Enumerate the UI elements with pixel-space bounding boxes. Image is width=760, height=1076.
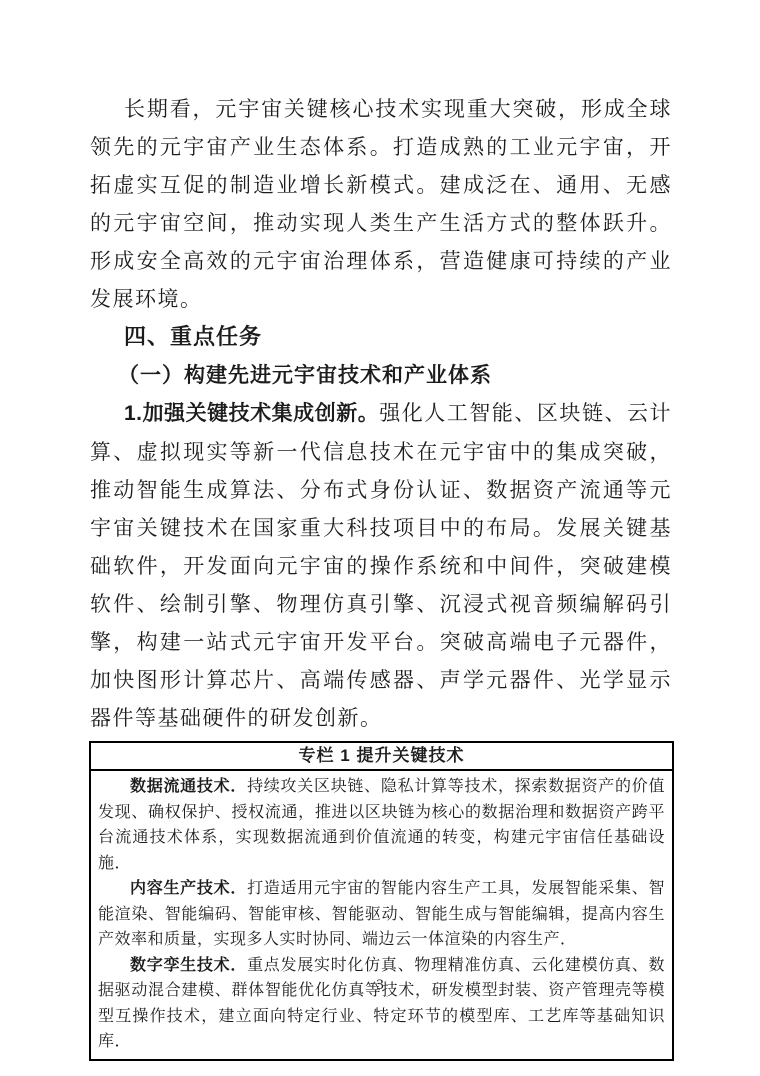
column-box-body: 数据流通技术．持续攻关区块链、隐私计算等技术，探索数据资产的价值发现、确权保护、… bbox=[91, 771, 672, 1059]
box-item-term: 数字孪生技术． bbox=[130, 957, 247, 974]
document-content: 长期看，元宇宙关键核心技术实现重大突破，形成全球领先的元宇宙产业生态体系。打造成… bbox=[90, 0, 672, 1061]
box-item-term: 内容生产技术． bbox=[130, 880, 247, 897]
document-page: 长期看，元宇宙关键核心技术实现重大突破，形成全球领先的元宇宙产业生态体系。打造成… bbox=[0, 0, 760, 1076]
paragraph-lead-bold: 1.加强关键技术集成创新。 bbox=[124, 402, 379, 425]
subsection-heading-tech-industry-system: （一）构建先进元宇宙技术和产业体系 bbox=[90, 356, 672, 394]
paragraph-key-tech-innovation: 1.加强关键技术集成创新。强化人工智能、区块链、云计算、虚拟现实等新一代信息技术… bbox=[90, 394, 672, 737]
box-item-content-production: 内容生产技术．打造适用元宇宙的智能内容生产工具，发展智能采集、智能渲染、智能编码… bbox=[98, 876, 665, 953]
box-item-data-circulation: 数据流通技术．持续攻关区块链、隐私计算等技术，探索数据资产的价值发现、确权保护、… bbox=[98, 774, 665, 876]
paragraph-long-term-outlook: 长期看，元宇宙关键核心技术实现重大突破，形成全球领先的元宇宙产业生态体系。打造成… bbox=[90, 90, 672, 318]
box-item-digital-twin: 数字孪生技术．重点发展实时化仿真、物理精准仿真、云化建模仿真、数据驱动混合建模、… bbox=[98, 953, 665, 1055]
column-box-title: 专栏 1 提升关键技术 bbox=[91, 743, 672, 771]
box-item-term: 数据流通技术． bbox=[130, 778, 247, 795]
section-heading-key-tasks: 四、重点任务 bbox=[90, 318, 672, 356]
column-box-key-technologies: 专栏 1 提升关键技术 数据流通技术．持续攻关区块链、隐私计算等技术，探索数据资… bbox=[89, 741, 674, 1061]
page-number: 3 bbox=[0, 975, 760, 995]
paragraph-body-text: 强化人工智能、区块链、云计算、虚拟现实等新一代信息技术在元宇宙中的集成突破，推动… bbox=[90, 401, 672, 730]
